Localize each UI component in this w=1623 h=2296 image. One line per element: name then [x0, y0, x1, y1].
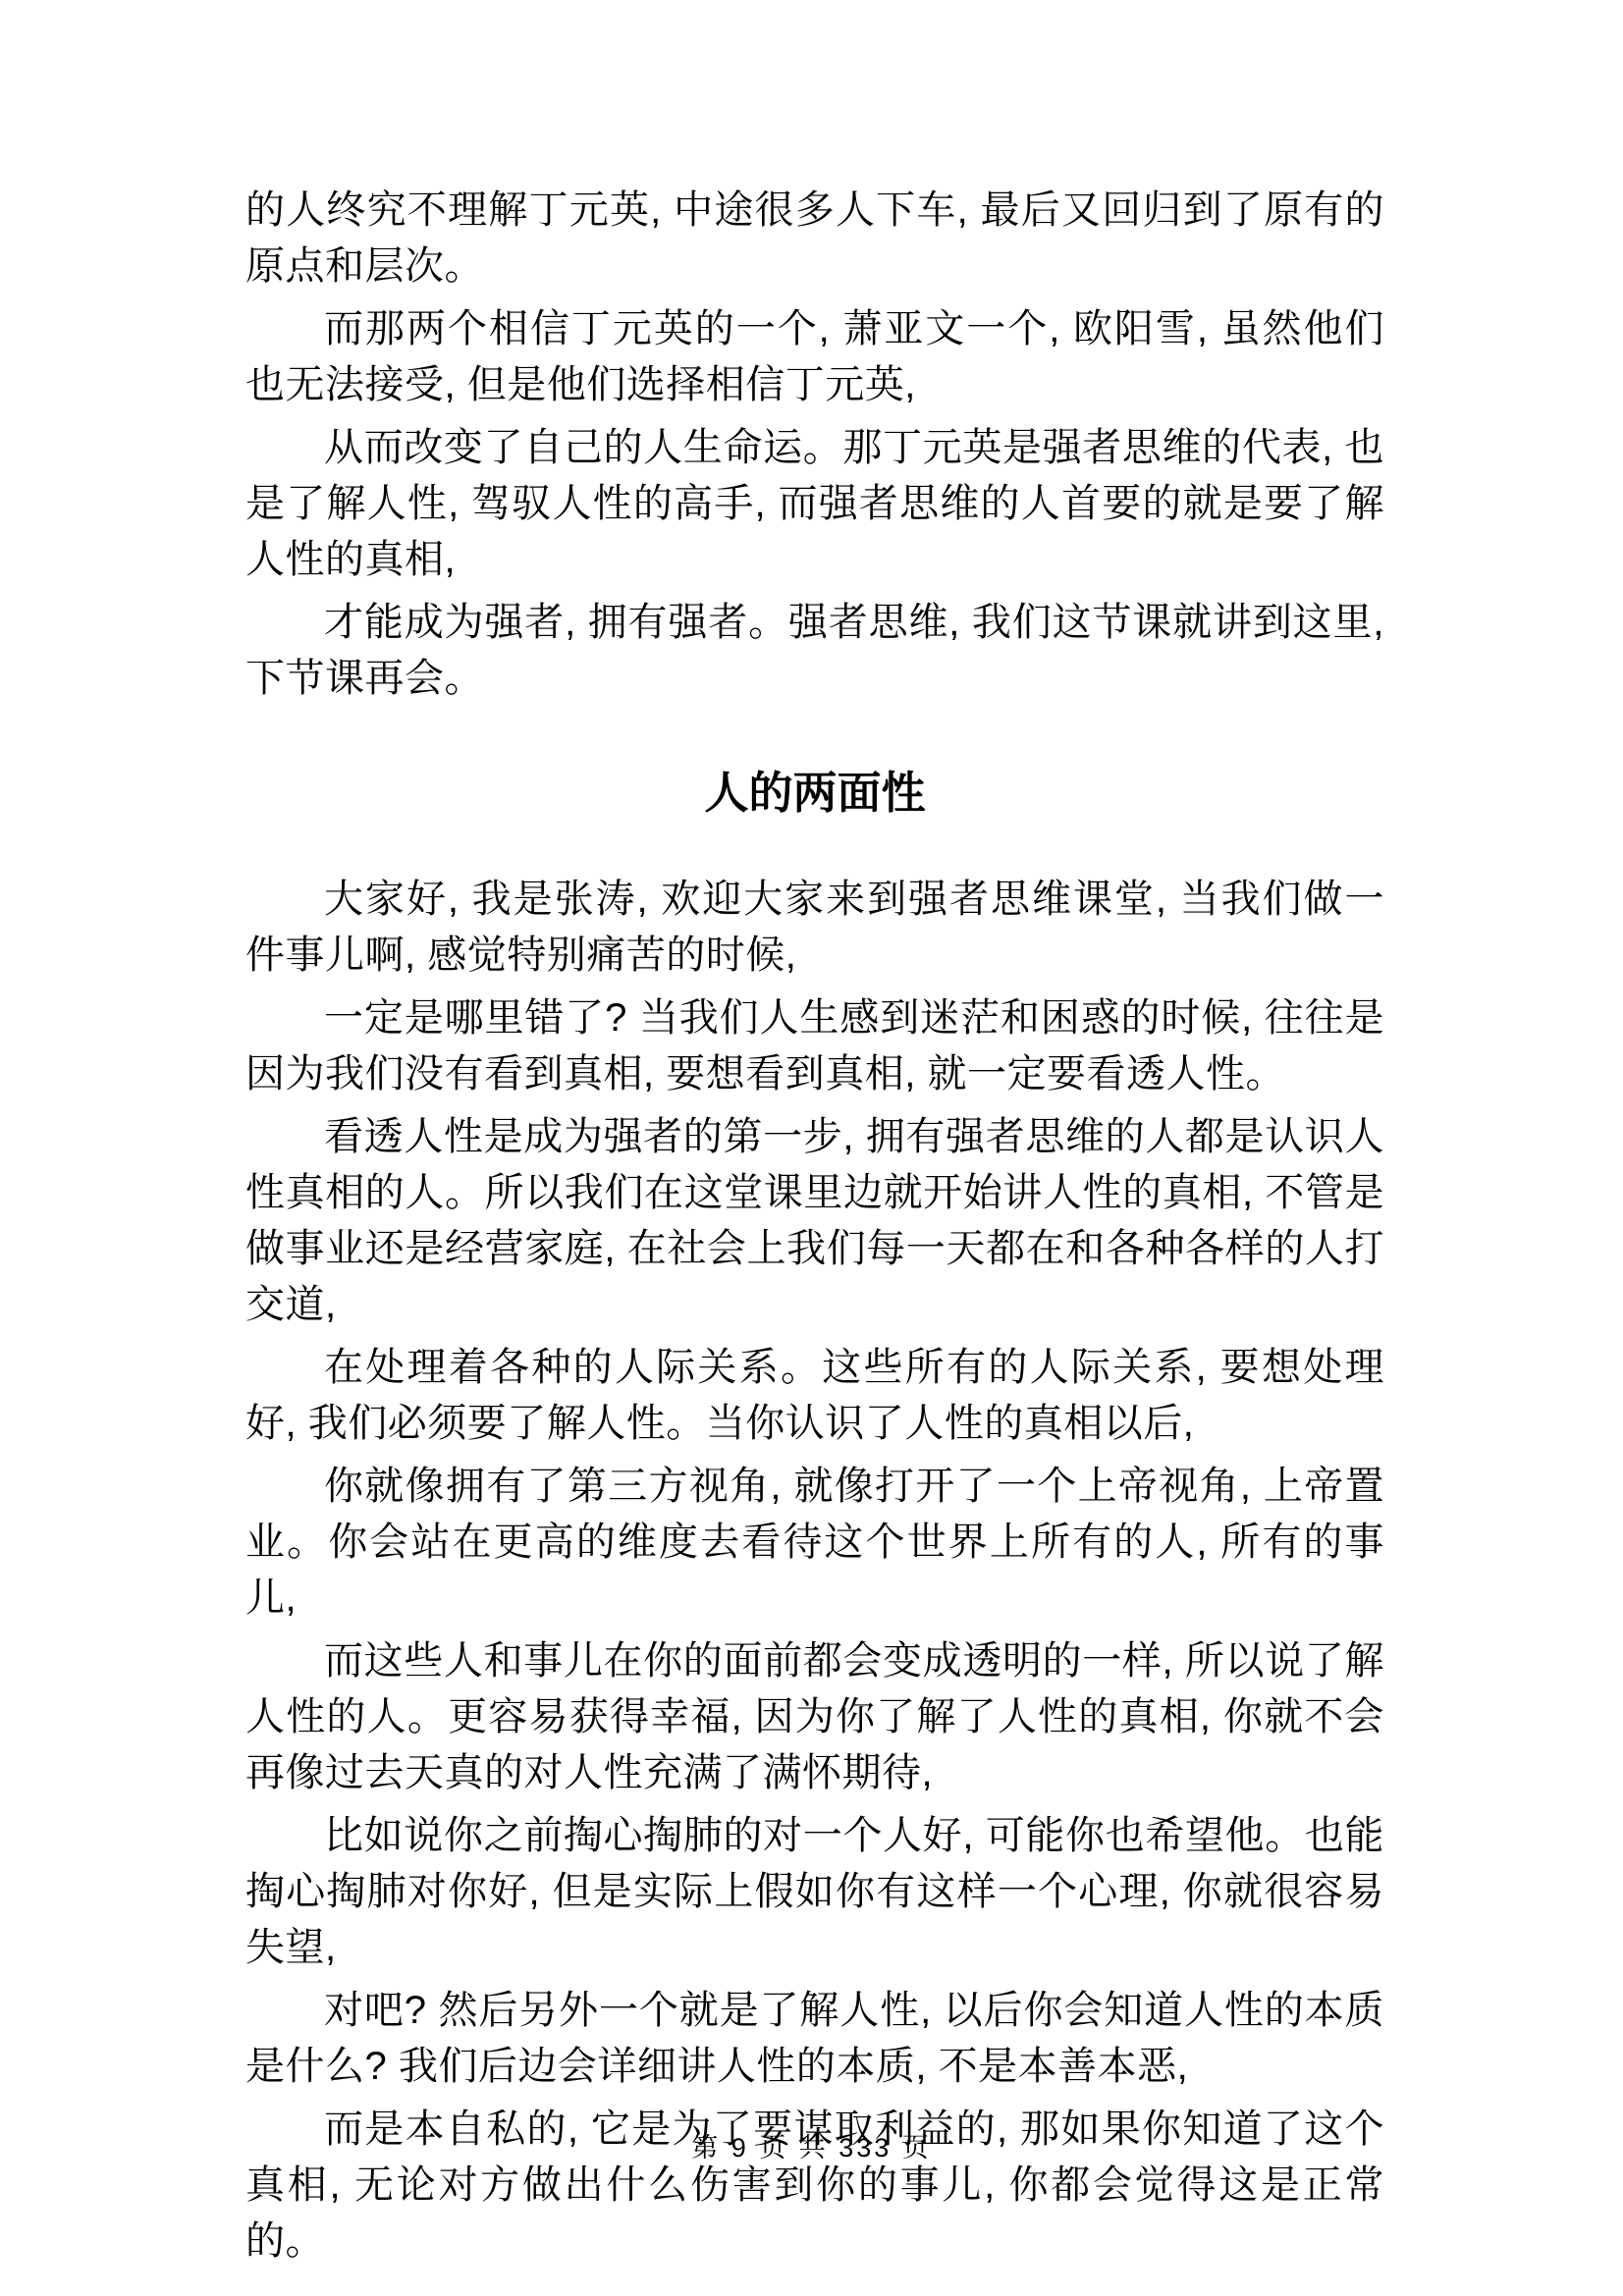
paragraph: 从而改变了自己的人生命运。那丁元英是强者思维的代表, 也是了解人性, 驾驭人性的…	[245, 420, 1384, 588]
page-number: 第 9 页 共 333 页	[0, 2132, 1623, 2163]
paragraph: 看透人性是成为强者的第一步, 拥有强者思维的人都是认识人性真相的人。所以我们在这…	[245, 1109, 1384, 1333]
paragraph: 大家好, 我是张涛, 欢迎大家来到强者思维课堂, 当我们做一件事儿啊, 感觉特别…	[245, 872, 1384, 984]
paragraph: 而这些人和事儿在你的面前都会变成透明的一样, 所以说了解人性的人。更容易获得幸福…	[245, 1633, 1384, 1801]
paragraph: 而那两个相信丁元英的一个, 萧亚文一个, 欧阳雪, 虽然他们也无法接受, 但是他…	[245, 301, 1384, 413]
document-page: 的人终究不理解丁元英, 中途很多人下车, 最后又回归到了原有的原点和层次。 而那…	[0, 0, 1623, 2296]
page-content: 的人终究不理解丁元英, 中途很多人下车, 最后又回归到了原有的原点和层次。 而那…	[0, 0, 1623, 2269]
paragraph: 才能成为强者, 拥有强者。强者思维, 我们这节课就讲到这里, 下节课再会。	[245, 595, 1384, 707]
section-heading: 人的两面性	[245, 764, 1384, 823]
paragraph: 的人终究不理解丁元英, 中途很多人下车, 最后又回归到了原有的原点和层次。	[245, 183, 1384, 294]
paragraph: 一定是哪里错了? 当我们人生感到迷茫和困惑的时候, 往往是因为我们没有看到真相,…	[245, 990, 1384, 1102]
paragraph: 在处理着各种的人际关系。这些所有的人际关系, 要想处理好, 我们必须要了解人性。…	[245, 1340, 1384, 1452]
paragraph: 对吧? 然后另外一个就是了解人性, 以后你会知道人性的本质是什么? 我们后边会详…	[245, 1983, 1384, 2095]
paragraph: 比如说你之前掏心掏肺的对一个人好, 可能你也希望他。也能掏心掏肺对你好, 但是实…	[245, 1808, 1384, 1976]
paragraph: 你就像拥有了第三方视角, 就像打开了一个上帝视角, 上帝置业。你会站在更高的维度…	[245, 1459, 1384, 1627]
paragraph: 而是本自私的, 它是为了要谋取利益的, 那如果你知道了这个真相, 无论对方做出什…	[245, 2102, 1384, 2269]
